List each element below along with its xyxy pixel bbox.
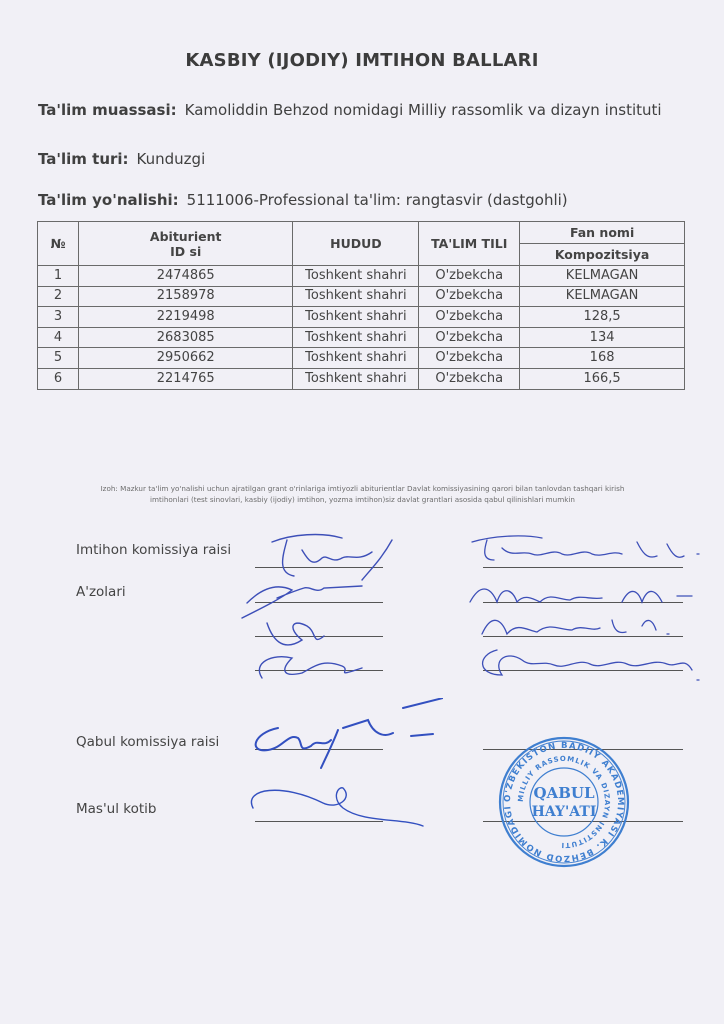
header-applicant-id: AbiturientID si [78, 222, 293, 266]
table-row: 22158978Toshkent shahriO'zbekchaKELMAGAN [38, 286, 685, 307]
results-table: № AbiturientID si HUDUD TA'LIM TILI Fan … [37, 221, 685, 390]
cell-score: 128,5 [520, 307, 685, 328]
label-secretary: Mas'ul kotib [76, 801, 156, 817]
table-row: 52950662Toshkent shahriO'zbekcha168 [38, 348, 685, 369]
handwritten-signature-icon [232, 528, 402, 688]
cell-language: O'zbekcha [419, 307, 520, 328]
cell-language: O'zbekcha [419, 327, 520, 348]
cell-applicant-id: 2683085 [78, 327, 293, 348]
cell-language: O'zbekcha [419, 266, 520, 287]
cell-score: 168 [520, 348, 685, 369]
note-line-2: imtihonlari (test sinovlari, kasbiy (ijo… [40, 494, 685, 505]
cell-applicant-id: 2950662 [78, 348, 293, 369]
table-row: 32219498Toshkent shahriO'zbekcha128,5 [38, 307, 685, 328]
header-language: TA'LIM TILI [419, 222, 520, 266]
field-label: Ta'lim muassasi: [38, 101, 177, 119]
label-members: A'zolari [76, 584, 126, 600]
cell-no: 5 [38, 348, 79, 369]
cell-region: Toshkent shahri [293, 286, 419, 307]
note-line-1: Izoh: Mazkur ta'lim yo'nalishi uchun ajr… [40, 483, 685, 494]
note-text: Izoh: Mazkur ta'lim yo'nalishi uchun ajr… [40, 483, 685, 505]
cell-region: Toshkent shahri [293, 307, 419, 328]
stamp-center-line2: HAY'ATI [532, 804, 597, 820]
handwritten-names-icon [462, 530, 712, 690]
cell-applicant-id: 2219498 [78, 307, 293, 328]
document-title: KASBIY (IJODIY) IMTIHON BALLARI [0, 50, 724, 71]
header-id-line2: ID si [170, 244, 201, 259]
field-value: Kunduzgi [137, 150, 206, 168]
cell-score: KELMAGAN [520, 266, 685, 287]
admission-stamp-icon: O'ZBEKISTON BADIIY AKADEMIYASI K. BEHZOD… [497, 735, 631, 869]
cell-no: 3 [38, 307, 79, 328]
table-row: 42683085Toshkent shahriO'zbekcha134 [38, 327, 685, 348]
field-value: 5111006-Professional ta'lim: rangtasvir … [187, 191, 568, 209]
cell-region: Toshkent shahri [293, 266, 419, 287]
field-label: Ta'lim yo'nalishi: [38, 191, 179, 209]
cell-no: 6 [38, 368, 79, 389]
header-no: № [38, 222, 79, 266]
admission-signature-icon [243, 698, 443, 833]
header-id-line1: Abiturient [150, 229, 222, 244]
cell-applicant-id: 2158978 [78, 286, 293, 307]
cell-no: 4 [38, 327, 79, 348]
label-admission-chair: Qabul komissiya raisi [76, 734, 219, 750]
cell-language: O'zbekcha [419, 286, 520, 307]
cell-applicant-id: 2474865 [78, 266, 293, 287]
cell-region: Toshkent shahri [293, 368, 419, 389]
cell-score: KELMAGAN [520, 286, 685, 307]
cell-no: 2 [38, 286, 79, 307]
cell-language: O'zbekcha [419, 348, 520, 369]
cell-score: 134 [520, 327, 685, 348]
field-direction: Ta'lim yo'nalishi:5111006-Professional t… [38, 191, 568, 209]
header-region: HUDUD [293, 222, 419, 266]
header-subject: Kompozitsiya [520, 244, 685, 266]
label-exam-chair: Imtihon komissiya raisi [76, 542, 231, 558]
svg-text:MILLIY RASSOMLIK VA DIZAYN INS: MILLIY RASSOMLIK VA DIZAYN INSTITUTI [517, 755, 611, 849]
cell-applicant-id: 2214765 [78, 368, 293, 389]
header-subject-group: Fan nomi [520, 222, 685, 244]
table-row: 12474865Toshkent shahriO'zbekchaKELMAGAN [38, 266, 685, 287]
document-page: KASBIY (IJODIY) IMTIHON BALLARI Ta'lim m… [0, 0, 724, 1024]
stamp-inner-text: MILLIY RASSOMLIK VA DIZAYN INSTITUTI [517, 755, 611, 849]
cell-region: Toshkent shahri [293, 348, 419, 369]
cell-language: O'zbekcha [419, 368, 520, 389]
cell-no: 1 [38, 266, 79, 287]
cell-region: Toshkent shahri [293, 327, 419, 348]
cell-score: 166,5 [520, 368, 685, 389]
field-label: Ta'lim turi: [38, 150, 129, 168]
field-study-type: Ta'lim turi:Kunduzgi [38, 150, 205, 168]
stamp-center-line1: QABUL [533, 784, 594, 802]
field-value: Kamoliddin Behzod nomidagi Milliy rassom… [185, 101, 662, 119]
table-row: 62214765Toshkent shahriO'zbekcha166,5 [38, 368, 685, 389]
field-institution: Ta'lim muassasi:Kamoliddin Behzod nomida… [38, 101, 662, 119]
